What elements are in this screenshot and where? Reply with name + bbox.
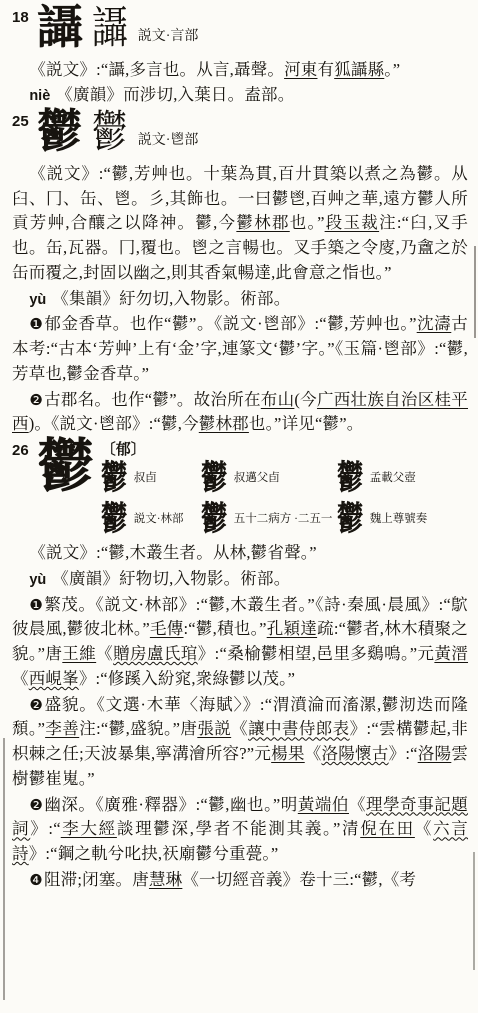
text-run: 《	[231, 719, 248, 738]
text-run: 幽深。《廣雅·釋器》:“鬱,幽也。”明	[44, 795, 298, 814]
scan-gutter-line	[474, 246, 476, 338]
phonetic-paragraph: yù 《廣韻》紆物切,入物影。術部。	[12, 567, 468, 592]
headword: 讘	[37, 6, 82, 50]
underlined-proper-noun: 贈房盧氏琯	[113, 644, 198, 663]
text-run: 《	[349, 795, 366, 814]
text-run: 《廣韻》而涉切,入葉日。盍部。	[56, 85, 294, 104]
sense-paragraph: ❹阻滞;闭塞。唐慧琳《一切經音義》卷十三:“鬱,《考	[12, 868, 468, 893]
text-run: 。”	[384, 60, 400, 79]
underlined-proper-noun: 布山	[261, 390, 295, 409]
sense-number: ❷	[29, 391, 43, 409]
text-run: 《	[305, 744, 322, 763]
shuowen-radical-label: 説文·言部	[138, 25, 199, 50]
text-run: 注:“鬱,盛貌。”唐	[79, 719, 197, 738]
underlined-proper-noun: 黃溍	[434, 644, 468, 663]
underlined-proper-noun: 狐讘縣	[334, 60, 384, 79]
ancient-form: 鬱五十二病方 ·二五一	[201, 506, 333, 533]
underlined-proper-noun: 黃端伯	[298, 795, 349, 814]
text-run: 》:“	[30, 819, 61, 838]
ancient-form-source-label: 説文·林部	[134, 512, 184, 527]
headword: 鬱	[37, 110, 82, 154]
ancient-form-glyph: 鬱	[201, 503, 228, 537]
underlined-proper-noun: 河東	[284, 60, 317, 79]
phonetic-paragraph: niè 《廣韻》而涉切,入葉日。盍部。	[12, 83, 468, 108]
ancient-form: 鬱孟載父壺	[337, 465, 468, 492]
pinyin-reading: niè	[29, 88, 54, 104]
ancient-forms-grid: 鬱叔卣鬱叔邁父卣鬱孟載父壺鬱説文·林部鬱五十二病方 ·二五一鬱魏上尊號奏	[101, 465, 468, 533]
ancient-form-source-label: 魏上尊號奏	[370, 512, 428, 527]
ancient-form-source-label: 叔邁父卣	[234, 471, 280, 486]
underlined-proper-noun: 慧琳	[149, 870, 182, 889]
gloss-paragraph: 《説文》:“讘,多言也。从言,聶聲。河東有狐讘縣。”	[12, 58, 468, 83]
entry-number: 26	[12, 443, 29, 458]
underlined-proper-noun: 張説	[197, 719, 231, 738]
entry-header: 18讘讘説文·言部	[12, 6, 468, 50]
underlined-proper-noun: 李善	[45, 719, 79, 738]
ancient-form: 鬱叔邁父卣	[201, 465, 333, 492]
ancient-form-source-label: 叔卣	[134, 471, 157, 486]
entries-container: 18讘讘説文·言部《説文》:“讘,多言也。从言,聶聲。河東有狐讘縣。”niè 《…	[12, 6, 468, 893]
dictionary-entry: 18讘讘説文·言部《説文》:“讘,多言也。从言,聶聲。河東有狐讘縣。”niè 《…	[12, 6, 468, 108]
underlined-proper-noun: 鬱林郡	[199, 414, 249, 433]
ancient-form: 鬱説文·林部	[101, 506, 197, 533]
scan-gutter-line	[473, 852, 475, 970]
ancient-form-source-label: 五十二病方 ·二五一	[234, 512, 333, 527]
underlined-proper-noun: 洛陽懷古	[322, 744, 389, 763]
underlined-proper-noun: 孔穎達	[267, 619, 317, 638]
gloss-paragraph: 《説文》:“鬱,木叢生者。从林,鬱省聲。”	[12, 541, 468, 566]
sense-paragraph: ❷古郡名。也作“鬱”。故治所在布山(今广西壮族自治区桂平西)。《説文·鬯部》:“…	[12, 388, 468, 438]
entry-number: 18	[12, 10, 29, 25]
dictionary-entry: 26鬱〔郁〕鬱叔卣鬱叔邁父卣鬱孟載父壺鬱説文·林部鬱五十二病方 ·二五一鬱魏上尊…	[12, 439, 468, 893]
ancient-form-glyph: 鬱	[337, 462, 364, 496]
pinyin-reading: yù	[29, 572, 50, 588]
ancient-form: 鬱叔卣	[101, 465, 197, 492]
underlined-proper-noun: 段玉裁	[325, 213, 379, 232]
sense-paragraph: ❶郁金香草。也作“鬱”。《説文·鬯部》:“鬱,芳艸也。”沈濤古本考:“古本‘芳艸…	[12, 312, 468, 386]
text-run: :“鬱,積也。”	[184, 619, 267, 638]
underlined-proper-noun: 倪在田	[360, 819, 415, 838]
seal-script-glyph: 鬱	[92, 110, 128, 154]
ancient-form-glyph: 鬱	[337, 503, 364, 537]
headword: 鬱	[37, 439, 93, 494]
text-run: 《	[415, 819, 433, 838]
sense-paragraph: ❷幽深。《廣雅·釋器》:“鬱,幽也。”明黃端伯《理學奇事記題詞》:“李大經談理鬱…	[12, 793, 468, 867]
underlined-proper-noun: 洛陽	[418, 744, 452, 763]
sense-paragraph: ❶繁茂。《説文·林部》:“鬱,木叢生者。”《詩·秦風·晨風》:“鴥彼晨風,鬱彼北…	[12, 593, 468, 692]
dictionary-page: 18讘讘説文·言部《説文》:“讘,多言也。从言,聶聲。河東有狐讘縣。”niè 《…	[0, 0, 478, 893]
dictionary-entry: 25鬱鬱説文·鬯部《説文》:“鬱,芳艸也。十葉為貫,百廾貫築以煮之為鬱。从臼、冂…	[12, 110, 468, 437]
underlined-proper-noun: 楊果	[271, 744, 305, 763]
phonetic-paragraph: yù 《集韻》紆勿切,入物影。術部。	[12, 287, 468, 312]
text-run: 》:“修蹊入紛窕,衆綠鬱以茂。”	[79, 669, 295, 688]
text-run: (今	[294, 390, 317, 409]
text-run: 《	[96, 644, 113, 663]
text-run: 《説文》:“讘,多言也。从言,聶聲。	[29, 60, 284, 79]
underlined-proper-noun: 鬱林郡	[236, 213, 289, 232]
text-run: 古郡名。也作“鬱”。故治所在	[44, 390, 261, 409]
text-run: 《一切經音義》卷十三:“鬱,《考	[182, 870, 416, 889]
ancient-form-glyph: 鬱	[201, 462, 228, 496]
ancient-form: 鬱魏上尊號奏	[337, 506, 468, 533]
ancient-form-source-label: 孟載父壺	[370, 471, 416, 486]
scan-gutter-line	[3, 738, 5, 1000]
text-run: 也。”	[290, 213, 325, 232]
sense-paragraph: ❷盛貌。《文選·木華〈海賦〉》:“渭濆淪而滀漯,鬱沏迭而隆頹。”李善注:“鬱,盛…	[12, 693, 468, 792]
text-run: 《廣韻》紆物切,入物影。術部。	[52, 569, 290, 588]
underlined-proper-noun: 李大經	[61, 819, 117, 838]
text-run: 談理鬱深,學者不能測其義。”清	[117, 819, 360, 838]
sense-number: ❷	[29, 796, 43, 814]
seal-script-glyph: 讘	[92, 6, 128, 50]
underlined-proper-noun: 王維	[62, 644, 96, 663]
entry-header: 25鬱鬱説文·鬯部	[12, 110, 468, 154]
text-run: 郁金香草。也作“鬱”。《説文·鬯部》:“鬱,芳艸也。”	[44, 314, 416, 333]
text-run: 《説文》:“鬱,木叢生者。从林,鬱省聲。”	[29, 543, 316, 562]
ancient-form-glyph: 鬱	[101, 503, 128, 537]
underlined-proper-noun: 沈濤	[417, 314, 452, 333]
text-run: 》:“桑榆鬱相望,邑里多鷄鳴。”元	[198, 644, 435, 663]
text-run: 《集韻》紆勿切,入物影。術部。	[52, 289, 290, 308]
text-run: 《	[12, 669, 29, 688]
underlined-proper-noun: 西峴峯	[29, 669, 79, 688]
entry-number: 25	[12, 114, 29, 129]
text-run: 阻滞;闭塞。唐	[44, 870, 149, 889]
ancient-form-glyph: 鬱	[101, 462, 128, 496]
text-run: )。《説文·鬯部》:“鬱,今	[29, 414, 199, 433]
text-run: 》:“鋼之軌兮叱抉,祆廟鬱兮重甍。”	[29, 844, 279, 863]
sense-number: ❶	[29, 315, 43, 333]
entry-header: 26鬱〔郁〕鬱叔卣鬱叔邁父卣鬱孟載父壺鬱説文·林部鬱五十二病方 ·二五一鬱魏上尊…	[12, 439, 468, 533]
scanned-dictionary-page: { "document": { "kind": "chinese-diction…	[0, 0, 478, 1013]
headword-right-block: 〔郁〕鬱叔卣鬱叔邁父卣鬱孟載父壺鬱説文·林部鬱五十二病方 ·二五一鬱魏上尊號奏	[101, 439, 468, 533]
underlined-proper-noun: 讓中書侍郎表	[248, 719, 350, 738]
text-run: 》:“	[389, 744, 418, 763]
text-run: 有	[317, 60, 334, 79]
sense-number: ❶	[29, 596, 43, 614]
shuowen-radical-label: 説文·鬯部	[138, 129, 199, 154]
underlined-proper-noun: 毛傳	[150, 619, 184, 638]
pinyin-reading: yù	[29, 292, 50, 308]
text-run: 也。”详见“鬱”。	[249, 414, 364, 433]
sense-number: ❷	[29, 696, 43, 714]
sense-number: ❹	[29, 871, 43, 889]
gloss-paragraph: 《説文》:“鬱,芳艸也。十葉為貫,百廾貫築以煮之為鬱。从臼、冂、缶、鬯。彡,其飾…	[12, 162, 468, 286]
simplified-variant: 〔郁〕	[101, 441, 468, 459]
